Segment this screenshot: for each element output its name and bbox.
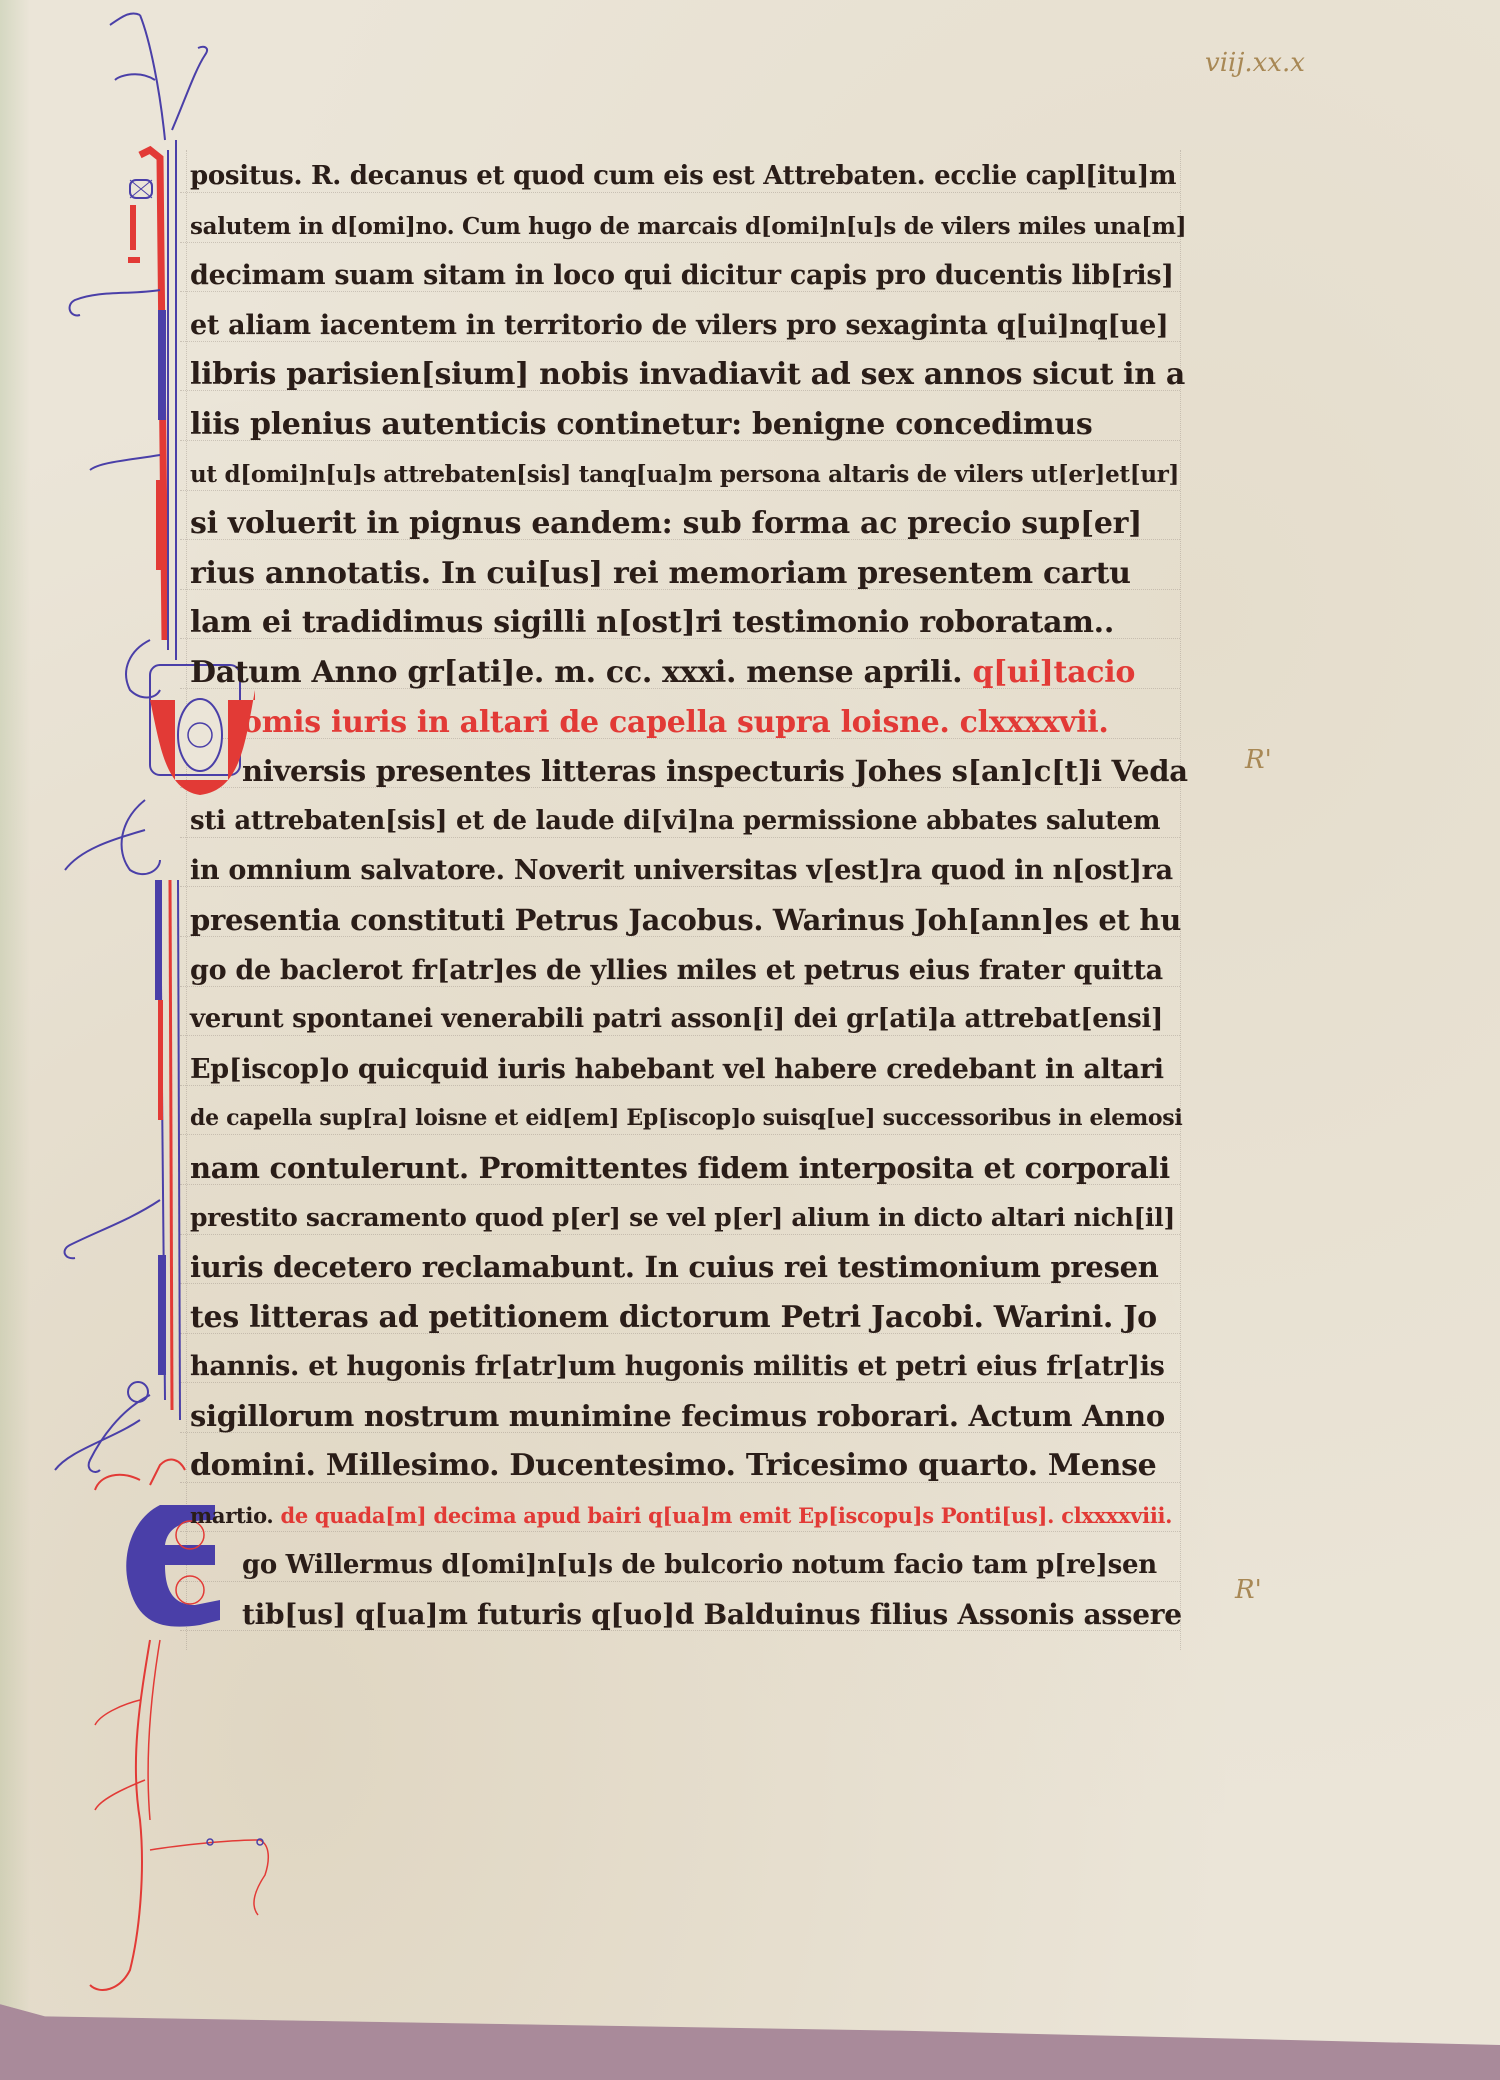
text-line: hannis. et hugonis fr[atr]um hugonis mil…	[190, 1342, 1190, 1392]
text-line: de capella sup[ra] loisne et eid[em] Ep[…	[190, 1094, 1190, 1144]
text-line: nam contulerunt. Promittentes fidem inte…	[190, 1144, 1190, 1194]
rubric-heading: q[ui]tacio	[972, 655, 1135, 690]
text-line: presentia constituti Petrus Jacobus. War…	[190, 896, 1190, 946]
text-line: niversis presentes litteras inspecturis …	[190, 747, 1190, 797]
text-line: Ep[iscop]o quicquid iuris habebant vel h…	[190, 1045, 1190, 1095]
rubric-heading: de quada[m] decima apud bairi q[ua]m emi…	[280, 1503, 1172, 1528]
text-line: go Willermus d[omi]n[u]s de bulcorio not…	[190, 1541, 1190, 1591]
text-line: rius annotatis. In cui[us] rei memoriam …	[190, 549, 1190, 599]
text-line: salutem in d[omi]no. Cum hugo de marcais…	[190, 202, 1190, 252]
text-line: lam ei tradidimus sigilli n[ost]ri testi…	[190, 598, 1190, 648]
text-line: liis plenius autenticis continetur: beni…	[190, 400, 1190, 450]
text-line: prestito sacramento quod p[er] se vel p[…	[190, 1193, 1190, 1243]
text-line: si voluerit in pignus eandem: sub forma …	[190, 499, 1190, 549]
text-line: et aliam iacentem in territorio de viler…	[190, 301, 1190, 351]
text-line: Datum Anno gr[ati]e. m. cc. xxxi. mense …	[190, 648, 1190, 698]
text-line: go de baclerot fr[atr]es de yllies miles…	[190, 946, 1190, 996]
text-line: domini. Millesimo. Ducentesimo. Tricesim…	[190, 1441, 1190, 1491]
text-line: tes litteras ad petitionem dictorum Petr…	[190, 1293, 1190, 1343]
margin-stem-icon	[55, 880, 180, 1472]
text-line: verunt spontanei venerabili patri asson[…	[190, 995, 1190, 1045]
text-line: sigillorum nostrum munimine fecimus robo…	[190, 1392, 1190, 1442]
rubric-heading: omis iuris in altari de capella supra lo…	[190, 698, 1190, 748]
text-line: libris parisien[sium] nobis invadiavit a…	[190, 350, 1190, 400]
text-line: iuris decetero reclamabunt. In cuius rei…	[190, 1243, 1190, 1293]
text-line: martio. de quada[m] decima apud bairi q[…	[190, 1491, 1190, 1541]
text-line: positus. R. decanus et quod cum eis est …	[190, 152, 1190, 202]
text-line: decimam suam sitam in loco qui dicitur c…	[190, 251, 1190, 301]
initial-p-icon	[70, 13, 207, 660]
manuscript-text-block: positus. R. decanus et quod cum eis est …	[190, 152, 1190, 1640]
text-line: tib[us] q[ua]m futuris q[uo]d Balduinus …	[190, 1590, 1190, 1640]
text-line: ut d[omi]n[u]s attrebaten[sis] tanq[ua]m…	[190, 450, 1190, 500]
text-line: in omnium salvatore. Noverit universitas…	[190, 846, 1190, 896]
text-line: sti attrebaten[sis] et de laude di[vi]na…	[190, 797, 1190, 847]
